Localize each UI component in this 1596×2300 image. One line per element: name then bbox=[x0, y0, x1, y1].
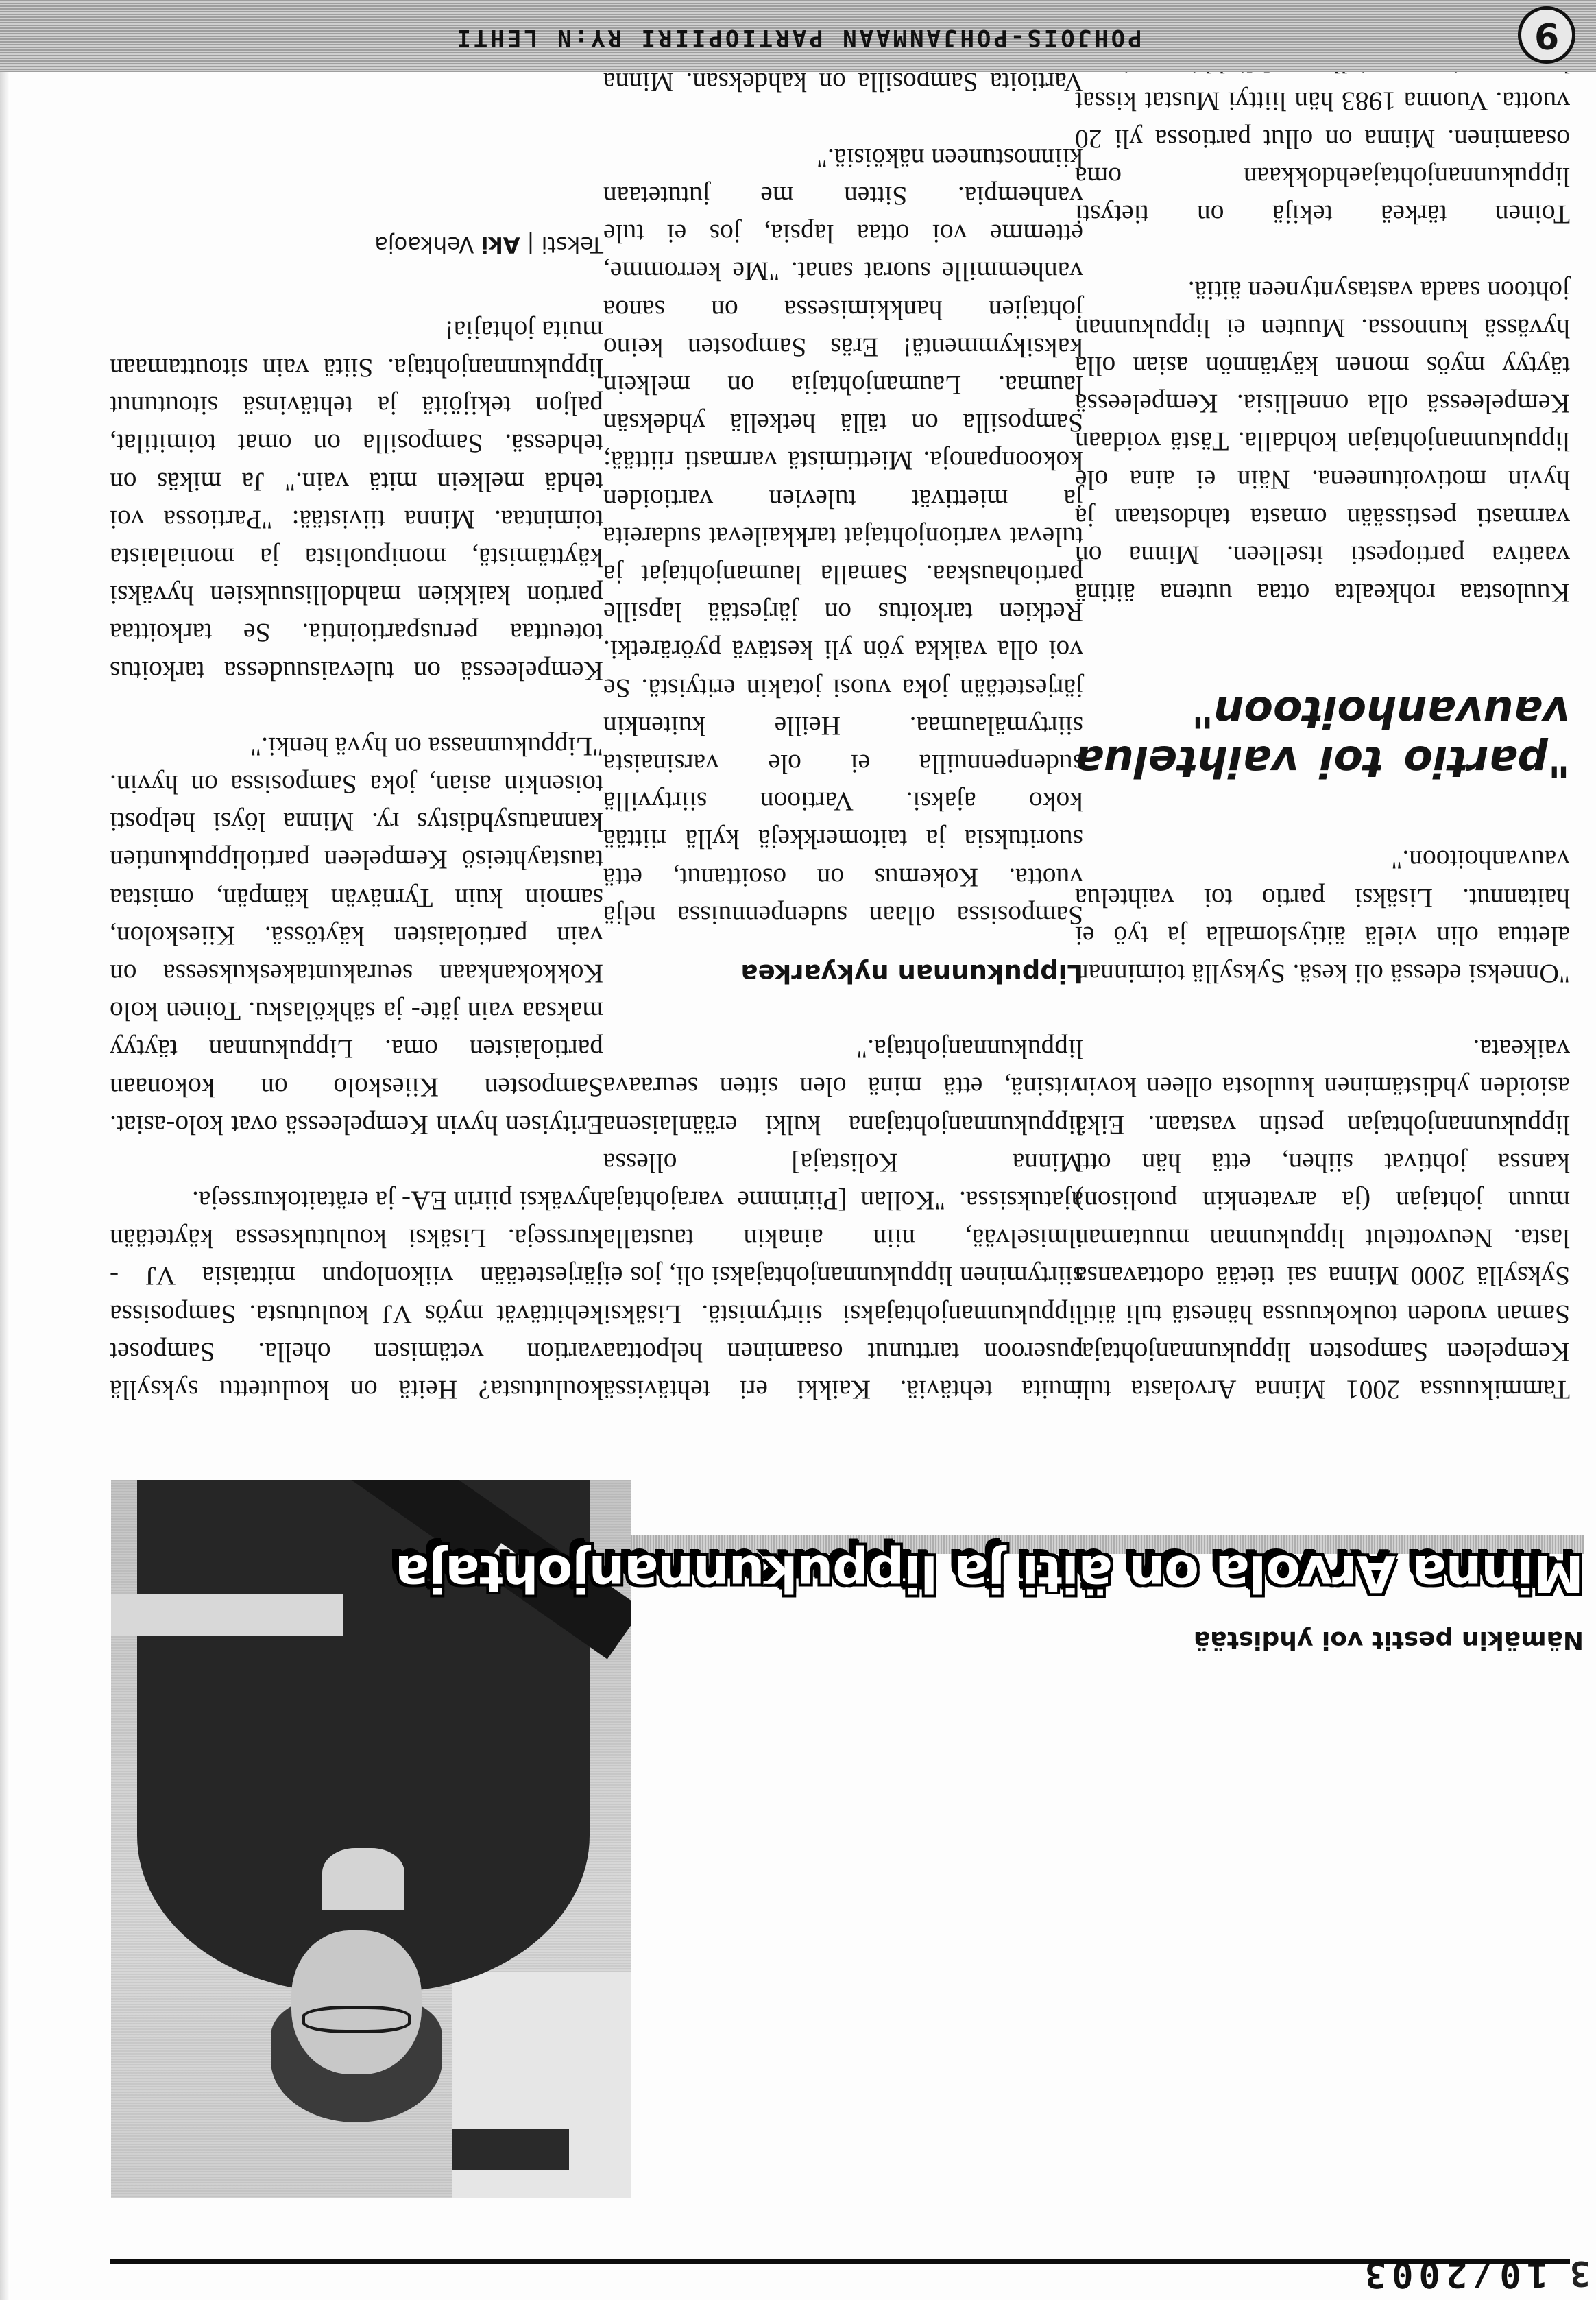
byline-last-name: Vehkaoja bbox=[374, 232, 474, 258]
photo-counter bbox=[111, 1594, 343, 1636]
scan-edge-shadow bbox=[0, 0, 10, 2300]
article-kicker: Nämäkin pestit voi yhdistää bbox=[1194, 1626, 1584, 1654]
footer-rule bbox=[110, 2259, 1570, 2264]
page-footer: 3 10/2003 bbox=[0, 2225, 1596, 2300]
paragraph: koulutusta? Heitä on koulutettu syksyllä… bbox=[110, 1182, 603, 1409]
pull-quote: "partio toi vaihtelua vauvanhoitoon" bbox=[1075, 687, 1570, 786]
header-band: 9 POHJOIS-POHJANMAAN PARTIOPIIRI RY:N LE… bbox=[0, 0, 1596, 72]
magazine-page: 3 10/2003 Nämäkin pestit voi yhdistää Mi… bbox=[0, 0, 1596, 2300]
subheading: Lippukunnan nykyarkea bbox=[603, 955, 1083, 992]
paragraph: muita tehtäviä. Kaikki eri tehtävissä pu… bbox=[603, 1030, 1083, 1409]
article-title-text: Minna Arvola on äiti ja lippukunnanjohta… bbox=[396, 1544, 1584, 1603]
paragraph: Samposissa ollaan sudenpennuissa neljä v… bbox=[603, 139, 1083, 934]
photo-collar bbox=[322, 1848, 404, 1910]
byline-first-name: Aki bbox=[481, 232, 520, 258]
article-column-1: Tammikuussa 2001 Minna Arvolasta tuli Ke… bbox=[1075, 0, 1570, 1409]
paragraph: Erityisen hyvin Kempeleessä ovat kolo-as… bbox=[110, 728, 603, 1144]
byline-label: Teksti | bbox=[527, 232, 603, 258]
paragraph: Kuulostaa rohkealta ottaa uutena äitinä … bbox=[1075, 271, 1570, 612]
article-column-2: muita tehtäviä. Kaikki eri tehtävissä pu… bbox=[603, 0, 1083, 1409]
paragraph: "Onneksi edessä oli kesä. Syksyllä toimi… bbox=[1075, 841, 1570, 992]
paragraph: Tammikuussa 2001 Minna Arvolasta tuli Ke… bbox=[1075, 1030, 1570, 1409]
photo-glasses bbox=[302, 2006, 411, 2033]
photo-vent bbox=[452, 2129, 569, 2170]
article-column-3: koulutusta? Heitä on koulutettu syksyllä… bbox=[110, 225, 603, 1409]
paragraph: Kempeleessä on tulevaisuudessa tarkoitus… bbox=[110, 311, 603, 690]
article-title: Minna Arvola on äiti ja lippukunnanjohta… bbox=[631, 1532, 1584, 1614]
byline: Teksti | Aki Vehkaoja bbox=[110, 225, 603, 263]
publication-name: POHJOIS-POHJANMAAN PARTIOPIIRI RY:N LEHT… bbox=[0, 24, 1596, 51]
photo-person-face bbox=[291, 1930, 422, 2074]
footer-page-marker: 3 bbox=[1567, 2253, 1591, 2293]
